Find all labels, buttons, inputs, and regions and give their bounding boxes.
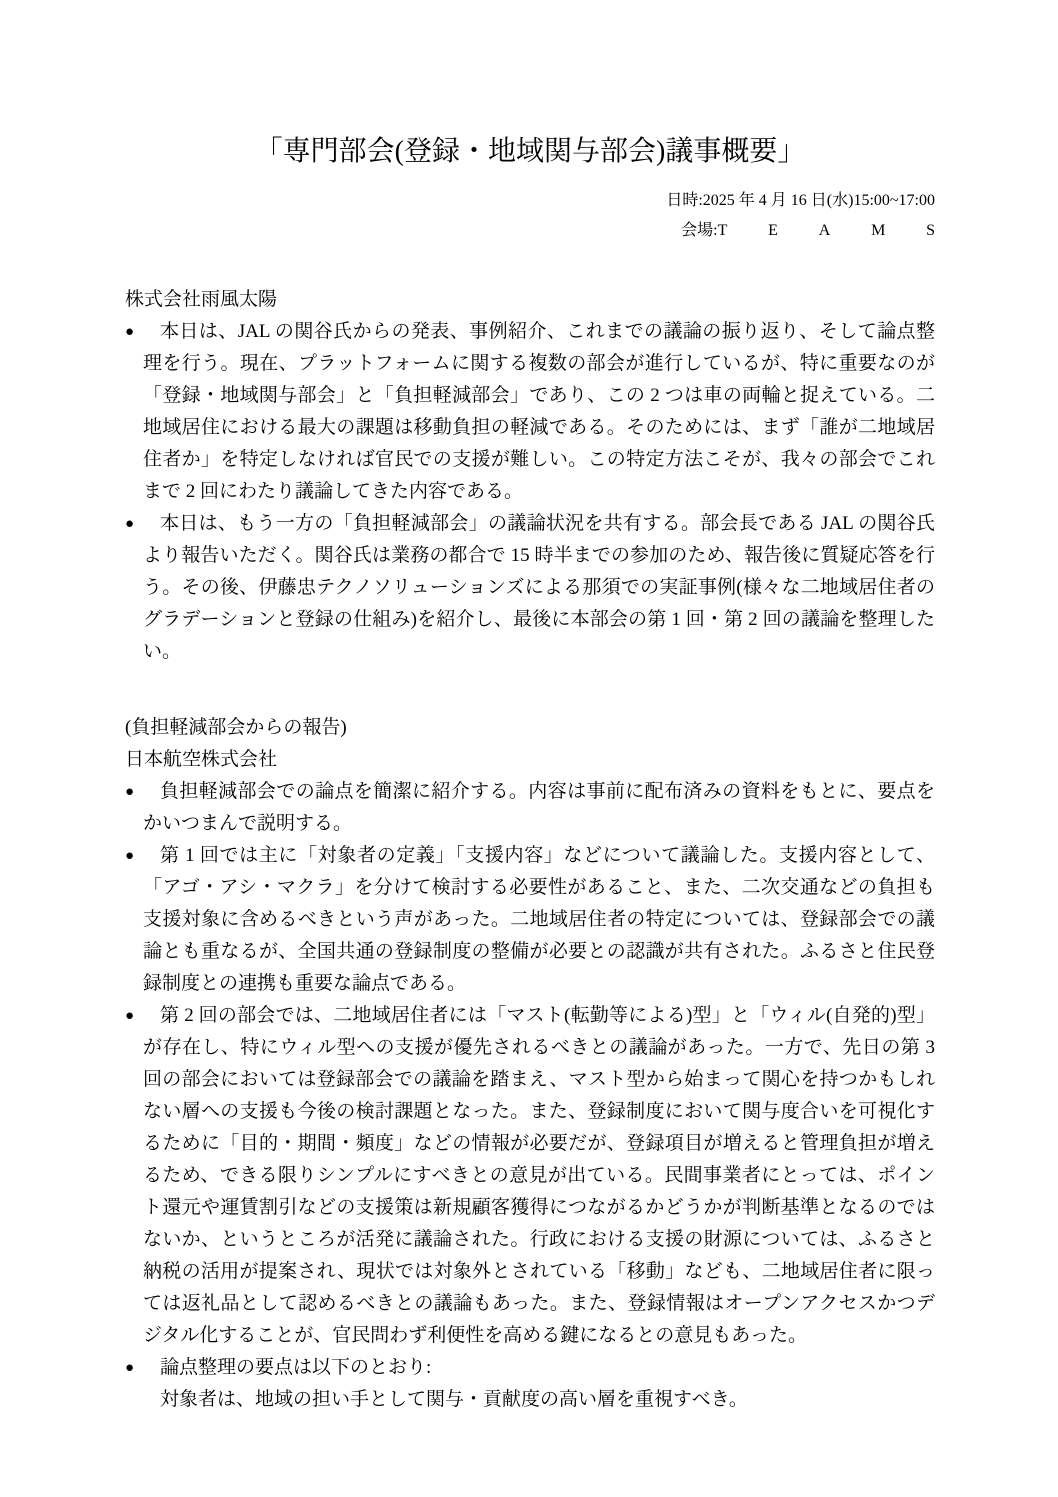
meeting-datetime: 日時:2025 年 4 月 16 日(水)15:00~17:00 [125,186,935,216]
bullet-icon: ● [125,1000,134,1032]
org-heading: 株式会社雨風太陽 [125,284,935,316]
bullet-text: 本日は、JAL の関谷氏からの発表、事例紹介、これまでの議論の振り返り、そして論… [143,316,935,508]
bullet-item: ● 第 1 回では主に「対象者の定義」「支援内容」などについて議論した。支援内容… [125,840,935,1000]
document-page: 「専門部会(登録・地域関与部会)議事概要」 日時:2025 年 4 月 16 日… [0,0,1058,1497]
bullet-text: 第 2 回の部会では、二地域居住者には「マスト(転勤等による)型」と「ウィル(自… [143,1000,935,1352]
report-subheading: (負担軽減部会からの報告) [125,712,935,744]
bullet-icon: ● [125,840,134,872]
bullet-text: 第 1 回では主に「対象者の定義」「支援内容」などについて議論した。支援内容とし… [143,840,935,1000]
bullet-item: ● 本日は、もう一方の「負担軽減部会」の議論状況を共有する。部会長である JAL… [125,508,935,668]
bullet-icon: ● [125,508,134,540]
page-title: 「専門部会(登録・地域関与部会)議事概要」 [125,134,935,170]
bullet-icon: ● [125,316,134,348]
bullet-text: 負担軽減部会での論点を簡潔に紹介する。内容は事前に配布済みの資料をもとに、要点を… [143,776,935,840]
bullet-item: ● 負担軽減部会での論点を簡潔に紹介する。内容は事前に配布済みの資料をもとに、要… [125,776,935,840]
note-line: 対象者は、地域の担い手として関与・貢献度の高い層を重視すべき。 [125,1384,935,1416]
bullet-icon: ● [125,776,134,808]
bullet-item: ● 第 2 回の部会では、二地域居住者には「マスト(転勤等による)型」と「ウィル… [125,1000,935,1352]
section-futan-keigen-report: (負担軽減部会からの報告) 日本航空株式会社 ● 負担軽減部会での論点を簡潔に紹… [125,712,935,1416]
datetime-label: 日時: [666,192,702,209]
bullet-text: 論点整理の要点は以下のとおり: [143,1352,935,1384]
venue-label: 会場: [681,222,717,239]
bullet-text: 本日は、もう一方の「負担軽減部会」の議論状況を共有する。部会長である JAL の… [143,508,935,668]
datetime-value: 2025 年 4 月 16 日(水)15:00~17:00 [703,192,935,209]
bullet-icon: ● [125,1352,134,1384]
bullet-item: ● 論点整理の要点は以下のとおり: [125,1352,935,1384]
bullet-item: ● 本日は、JAL の関谷氏からの発表、事例紹介、これまでの議論の振り返り、そし… [125,316,935,508]
meeting-meta: 日時:2025 年 4 月 16 日(水)15:00~17:00 会場:TEAM… [125,186,935,246]
meeting-venue: 会場:TEAMS [125,216,935,246]
org-heading: 日本航空株式会社 [125,744,935,776]
document-body: 株式会社雨風太陽 ● 本日は、JAL の関谷氏からの発表、事例紹介、これまでの議… [125,284,935,1416]
section-amekaze-taiyo: 株式会社雨風太陽 ● 本日は、JAL の関谷氏からの発表、事例紹介、これまでの議… [125,284,935,668]
venue-value: TEAMS [718,222,976,239]
